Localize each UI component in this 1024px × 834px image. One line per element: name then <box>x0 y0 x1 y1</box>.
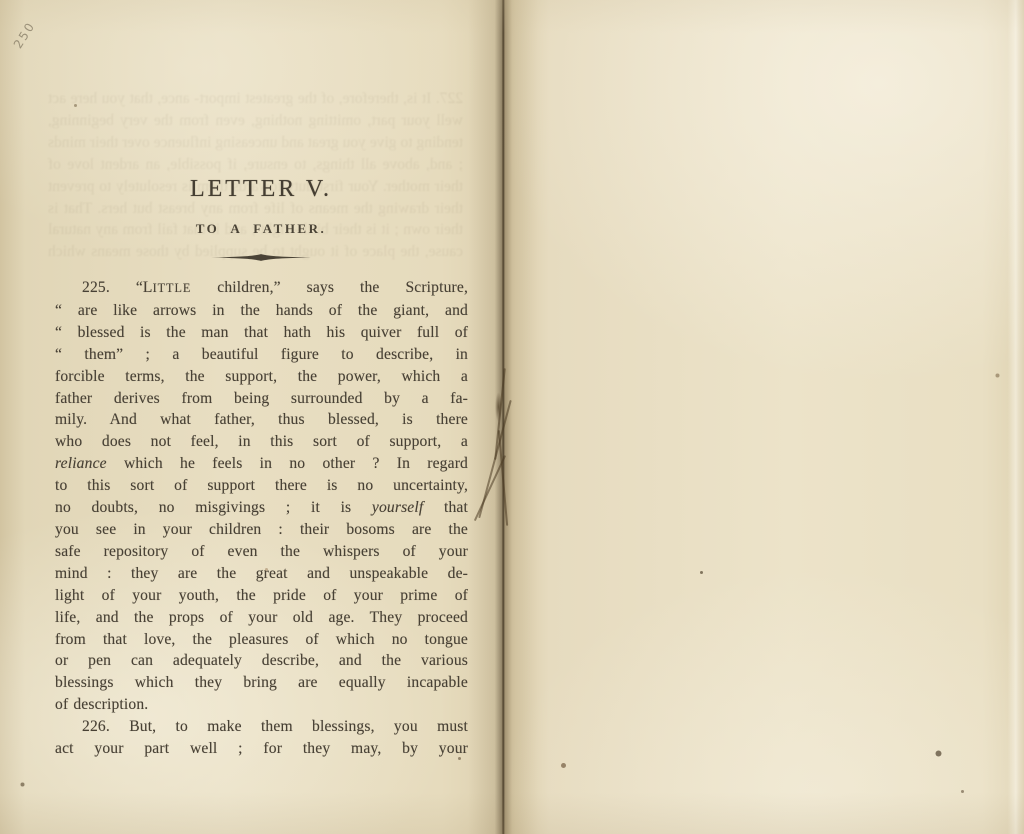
text-line: from that love, the pleasures of which n… <box>55 629 468 651</box>
text-line: father derives from being surrounded by … <box>55 388 468 410</box>
pencil-mark: 250 <box>11 19 38 51</box>
text-line: safe repository of even the whispers of … <box>55 541 468 563</box>
binding-fray <box>495 392 502 422</box>
text-line: to this sort of support there is no unce… <box>55 475 468 497</box>
text-line: reliance which he feels in no other ? In… <box>55 453 468 475</box>
text-line: “ blessed is the man that hath his quive… <box>55 322 468 344</box>
left-page-text-block: 225. “LITTLE children,” says the Scriptu… <box>55 277 468 760</box>
text-line: life, and the props of your old age. The… <box>55 607 468 629</box>
book-spread: 227. It is, therefore, of the greatest i… <box>0 0 1024 834</box>
text-line: who does not feel, in this sort of suppo… <box>55 431 468 453</box>
text-line: mily. And what father, thus blessed, is … <box>55 409 468 431</box>
chapter-heading: LETTER V. <box>55 176 467 203</box>
book-gutter <box>468 0 538 834</box>
text-line: light of your youth, the pride of your p… <box>55 585 468 607</box>
text-line: “ are like arrows in the hands of the gi… <box>55 300 468 322</box>
paragraph: 225. “LITTLE children,” says the Scriptu… <box>55 277 468 716</box>
left-page: 227. It is, therefore, of the greatest i… <box>0 0 502 834</box>
text-line: forcible terms, the support, the power, … <box>55 366 468 388</box>
right-page: 225. “LITTLE children,” says the Scriptu… <box>502 0 1024 834</box>
text-line: act your part well ; for they may, by yo… <box>55 738 468 760</box>
text-line: 226. But, to make them blessings, you mu… <box>55 716 468 738</box>
text-line: no doubts, no misgivings ; it is yoursel… <box>55 497 468 519</box>
text-line: “ them” ; a beautiful figure to describe… <box>55 344 468 366</box>
paragraph: 226. But, to make them blessings, you mu… <box>55 716 468 760</box>
binding-thread <box>498 430 508 526</box>
text-line: blessings which they bring are equally i… <box>55 672 468 694</box>
binding-thread <box>474 455 506 521</box>
text-line: you see in your children : their bosoms … <box>55 519 468 541</box>
text-line: or pen can adequately describe, and the … <box>55 650 468 672</box>
text-line: mind : they are the great and unspeakabl… <box>55 563 468 585</box>
chapter-subheading: TO A FATHER. <box>55 221 467 237</box>
text-line: of description. <box>55 694 468 716</box>
text-line: 225. “LITTLE children,” says the Scriptu… <box>55 277 468 300</box>
swelled-rule-icon <box>55 249 467 267</box>
